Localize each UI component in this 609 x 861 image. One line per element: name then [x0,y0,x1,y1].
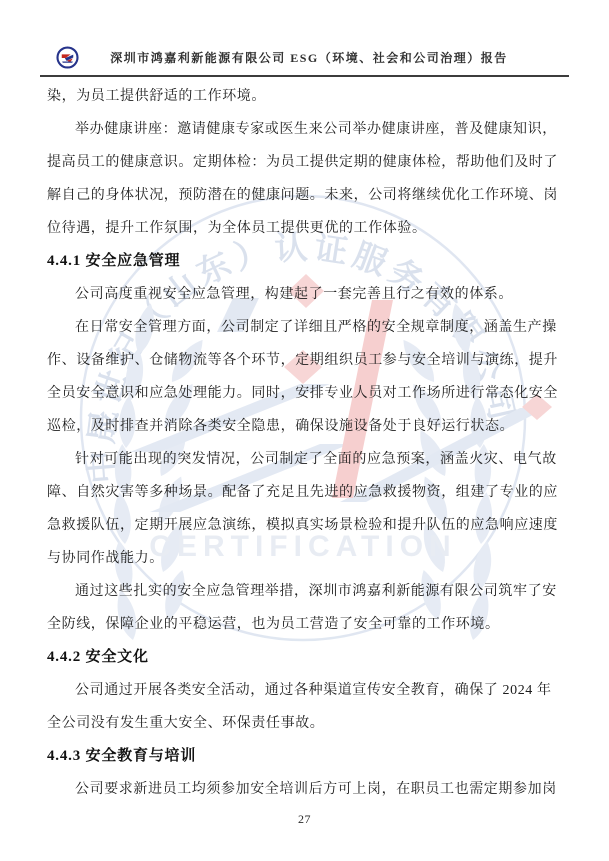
document-page: 中晟世纪（山东）认证服务有限公司 [0,0,609,861]
section-heading: 4.4.1 安全应急管理 [47,245,570,278]
text-line: 公司通过开展各类安全活动，通过各种渠道宣传安全教育，确保了 2024 年 [47,674,570,707]
text-line: 染，为员工提供舒适的工作环境。 [47,80,570,113]
certification-logo-icon [56,46,79,69]
text-line: 全员安全意识和应急处理能力。同时，安排专业人员对工作场所进行常态化安全 [47,377,570,410]
section-heading: 4.4.2 安全文化 [47,641,570,674]
text-line: 障、自然灾害等多种场景。配备了充足且先进的应急救援物资，组建了专业的应 [47,476,570,509]
text-line: 提高员工的健康意识。定期体检：为员工提供定期的健康体检，帮助他们及时了 [47,146,570,179]
text-line: 全防线，保障企业的平稳运营，也为员工营造了安全可靠的工作环境。 [47,608,570,641]
text-line: 在日常安全管理方面，公司制定了详细且严格的安全规章制度，涵盖生产操 [47,311,570,344]
text-line: 针对可能出现的突发情况，公司制定了全面的应急预案，涵盖火灾、电气故 [47,443,570,476]
section-heading: 4.4.3 安全教育与培训 [47,740,570,773]
text-line: 巡检，及时排查并消除各类安全隐患，确保设施设备处于良好运行状态。 [47,410,570,443]
header-title: 深圳市鸿嘉利新能源有限公司 ESG（环境、社会和公司治理）报告 [79,49,569,66]
page-header: 深圳市鸿嘉利新能源有限公司 ESG（环境、社会和公司治理）报告 [40,40,569,77]
text-line: 位待遇，提升工作氛围，为全体员工提供更优的工作体验。 [47,212,570,245]
text-line: 举办健康讲座：邀请健康专家或医生来公司举办健康讲座，普及健康知识， [47,113,570,146]
text-line: 与协同作战能力。 [47,542,570,575]
text-line: 急救援队伍，定期开展应急演练，模拟真实场景检验和提升队伍的应急响应速度 [47,509,570,542]
text-line: 全公司没有发生重大安全、环保责任事故。 [47,707,570,740]
text-line: 通过这些扎实的安全应急管理举措，深圳市鸿嘉利新能源有限公司筑牢了安 [47,575,570,608]
text-line: 作、设备维护、仓储物流等各个环节，定期组织员工参与安全培训与演练，提升 [47,344,570,377]
page-number: 27 [0,812,609,827]
text-line: 公司要求新进员工均须参加安全培训后方可上岗，在职员工也需定期参加岗 [47,773,570,806]
document-body: 染，为员工提供舒适的工作环境。举办健康讲座：邀请健康专家或医生来公司举办健康讲座… [47,80,570,806]
text-line: 公司高度重视安全应急管理，构建起了一套完善且行之有效的体系。 [47,278,570,311]
text-line: 解自己的身体状况，预防潜在的健康问题。未来，公司将继续优化工作环境、岗 [47,179,570,212]
